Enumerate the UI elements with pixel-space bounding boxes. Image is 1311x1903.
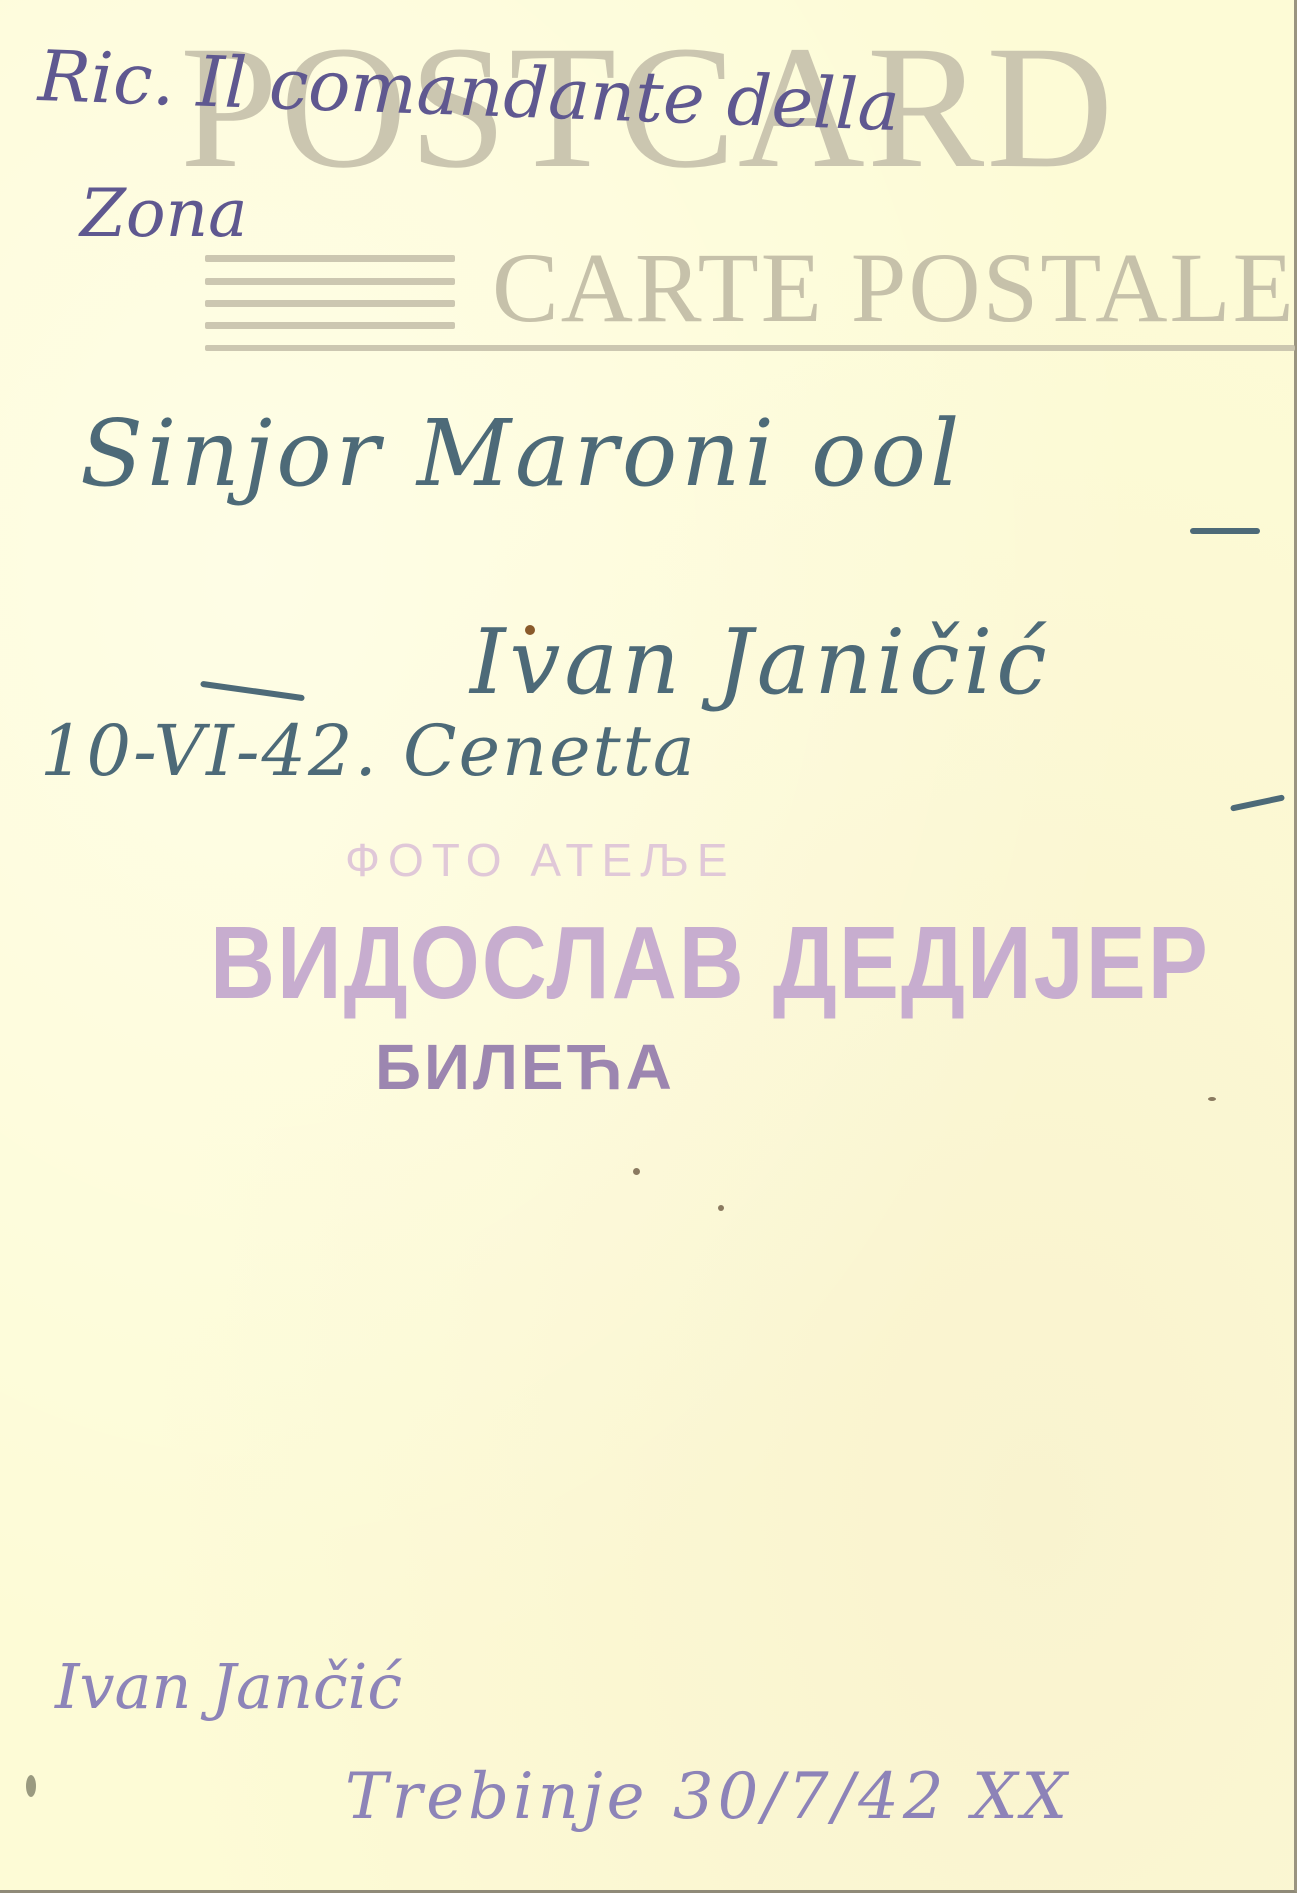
paper-speck (26, 1775, 36, 1797)
handwritten-place-date: Trebinje 30/7/42 XX (345, 1760, 1071, 1834)
printed-rule (205, 255, 455, 262)
pen-stroke (200, 681, 305, 702)
paper-speck (633, 1168, 640, 1175)
paper-speck (525, 625, 535, 635)
pen-stroke (1190, 528, 1260, 534)
stamp-line-foto-atelje: ФОТО АТЕЉЕ (345, 833, 736, 887)
printed-carte-postale: CARTE POSTALE (492, 238, 1296, 338)
printed-baseline-rule (205, 345, 1295, 351)
handwritten-address-line-1: Sinjor Maroni ool (80, 400, 963, 507)
paper-speck (1208, 1097, 1216, 1101)
postcard-back: POSTCARD CARTE POSTALE Ric. Il comandant… (0, 0, 1297, 1893)
paper-speck (718, 1205, 724, 1211)
stamp-line-photographer-name: ВИДОСЛАВ ДЕДИЈЕР (210, 905, 1210, 1023)
stamp-line-city: БИЛЕЋА (375, 1030, 675, 1104)
handwritten-signature: Ivan Jančić (55, 1650, 402, 1723)
printed-rule (205, 322, 455, 329)
handwritten-address-line-2: Ivan Janičić (470, 610, 1051, 715)
printed-rule (205, 300, 455, 307)
handwritten-note-line-2: Zona (80, 175, 247, 252)
pen-stroke (1230, 794, 1285, 811)
handwritten-address-line-3: 10-VI-42. Cenetta (40, 710, 697, 792)
printed-rule (205, 278, 455, 285)
